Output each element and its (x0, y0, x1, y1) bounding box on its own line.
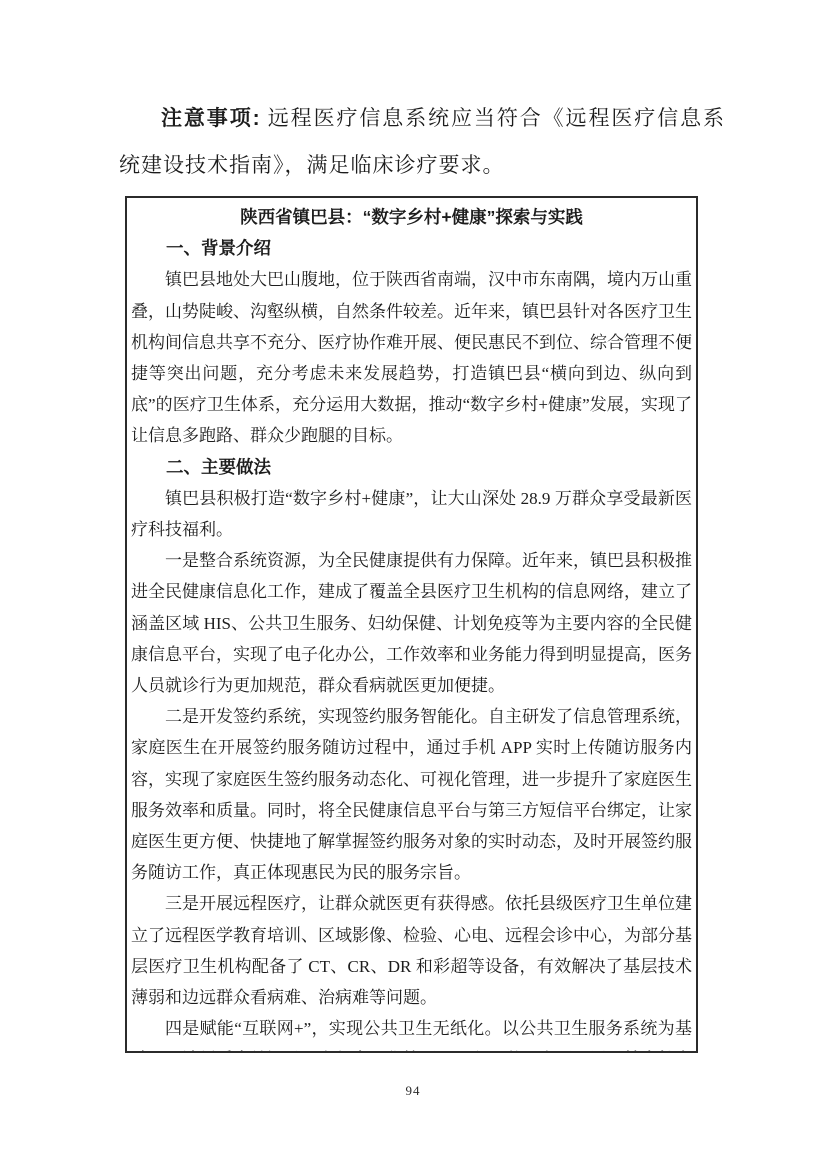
practice-1-paragraph: 一是整合系统资源，为全民健康提供有力保障。近年来，镇巴县积极推进全民健康信息化工… (131, 545, 692, 701)
case-study-box: 陕西省镇巴县：“数字乡村+健康”探索与实践 一、背景介绍 镇巴县地处大巴山腹地，… (125, 196, 698, 1053)
practices-intro-paragraph: 镇巴县积极打造“数字乡村+健康”，让大山深处 28.9 万群众享受最新医疗科技福… (131, 483, 692, 545)
page-number: 94 (0, 1083, 826, 1099)
notice-paragraph: 注意事项: 远程医疗信息系统应当符合《远程医疗信息系统建设技术指南》，满足临床诊… (119, 95, 725, 188)
document-page: 注意事项: 远程医疗信息系统应当符合《远程医疗信息系统建设技术指南》，满足临床诊… (0, 0, 826, 1169)
section-heading-main-practices: 二、主要做法 (131, 452, 692, 483)
practice-4-paragraph-truncated: 四是赋能“互联网+”，实现公共卫生无纸化。以公共卫生服务系统为基础，取消纸质表单… (131, 1013, 692, 1053)
practice-2-paragraph: 二是开发签约系统，实现签约服务智能化。自主研发了信息管理系统，家庭医生在开展签约… (131, 701, 692, 888)
background-paragraph: 镇巴县地处大巴山腹地，位于陕西省南端，汉中市东南隅，境内万山重叠，山势陡峻、沟壑… (131, 264, 692, 451)
case-study-title: 陕西省镇巴县：“数字乡村+健康”探索与实践 (131, 202, 692, 233)
practice-3-paragraph: 三是开展远程医疗，让群众就医更有获得感。依托县级医疗卫生单位建立了远程医学教育培… (131, 888, 692, 1013)
notice-label: 注意事项: (161, 107, 261, 130)
section-heading-background: 一、背景介绍 (131, 233, 692, 264)
